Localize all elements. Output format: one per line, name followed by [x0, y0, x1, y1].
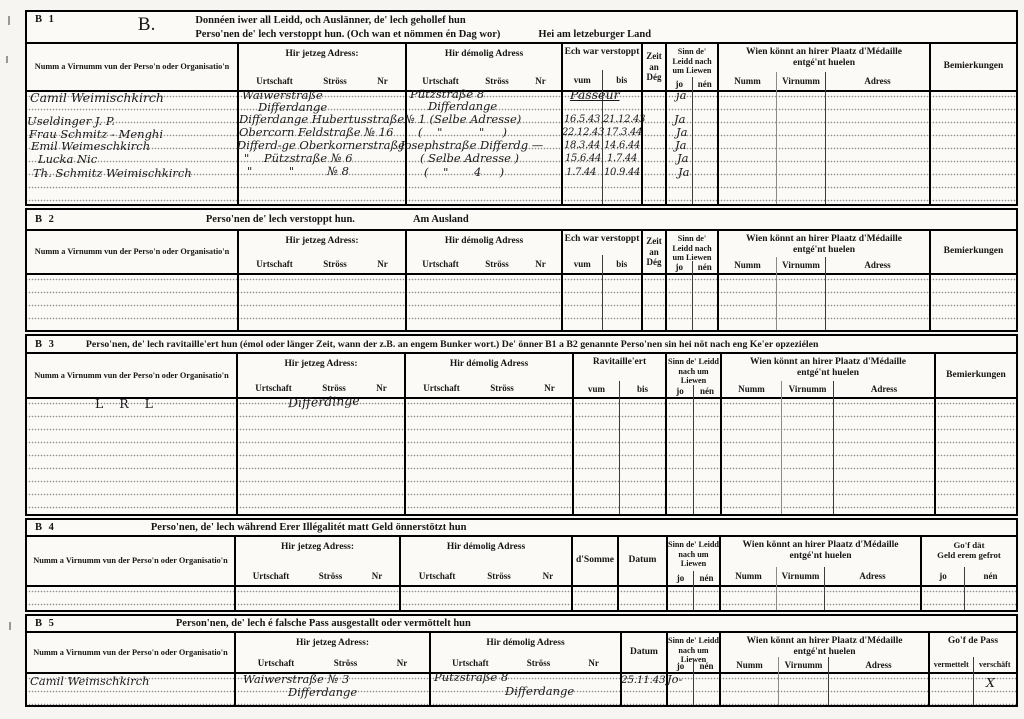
jo-body [668, 587, 693, 610]
jo-body [667, 92, 692, 204]
virnumm-label: Virnumm [779, 657, 828, 674]
gof-pass-label: Go'f de Pass [930, 633, 1016, 657]
sinn-label: Sinn de' Leidd nach um Liewen [668, 537, 719, 571]
col-name-header: Numm a Virnumm vun der Perso'n oder Orga… [27, 354, 236, 399]
numm-label: Numm [722, 381, 781, 399]
verstoppt-label: Ech war verstoppt [563, 231, 641, 255]
urtschaft-label: Urtschaft [256, 76, 293, 87]
demolig-label: Hir démolig Adress [403, 542, 569, 553]
section-b2: B 2 Perso'nen de' lech verstoppt hun. Am… [25, 208, 1018, 332]
section-b5-table: Numm a Virnumm vun der Perso'n oder Orga… [27, 633, 1016, 705]
col-medaille: Wien könnt an hirer Plaatz d'Médaille en… [722, 354, 936, 514]
col-name-header: Numm a Virnumm vun der Perso'n oder Orga… [27, 633, 234, 674]
col-demolig-header: Hir démolig Adress Urtschaft Ströss Nr [401, 537, 571, 587]
col-demolig-adress: Hir démolig Adress Urtschaft Ströss Nr [401, 537, 573, 610]
stross-label: Ströss [485, 76, 509, 87]
col-demolig-body [401, 587, 571, 610]
verschaft-label: verschäft [974, 657, 1017, 674]
jo-body [922, 587, 964, 610]
numm-body [721, 587, 776, 610]
sinn-label: Sinn de' Leidd nach um Liewen [667, 354, 720, 385]
title-right: Am Ausland [413, 214, 469, 225]
stross-label: Ströss [527, 658, 551, 669]
col-name-header: Numm a Virnumm vun der Perso'n oder Orga… [27, 231, 237, 275]
nr-label: Nr [397, 658, 408, 669]
virnumm-body [777, 275, 825, 330]
nr-label: Nr [544, 383, 555, 394]
demolig-label: Hir démolig Adress [409, 49, 559, 60]
demolig-label: Hir démolig Adress [409, 236, 559, 247]
medaille-label-2: entgé'nt huelen [793, 58, 855, 69]
section-b1-table: Numm a Virnumm vun der Perso'n oder Orga… [27, 44, 1016, 204]
medaille-label-1: Wien könnt an hirer Plaatz d'Médaille [743, 540, 899, 551]
section-letter: B. [138, 15, 155, 34]
virnumm-label: Virnumm [777, 257, 825, 275]
col-name-body [27, 92, 237, 204]
nen-body [694, 399, 720, 514]
adress-body [834, 399, 934, 514]
vum-body [574, 399, 619, 514]
nr-label: Nr [588, 658, 599, 669]
col-jetzeg-adress: Hir jetzeg Adress: Urtschaft Ströss Nr [239, 44, 407, 204]
virnumm-label: Virnumm [777, 72, 825, 92]
datum-body [619, 587, 666, 610]
urtschaft-label: Urtschaft [422, 259, 459, 270]
bemierkungen-label: Bemierkungen [931, 231, 1016, 275]
col-sinn-liewen: Sinn de' Leidd nach um Liewen jo nén [667, 354, 722, 514]
section-code: B 4 [35, 522, 56, 533]
bis-body [620, 399, 665, 514]
col-bemierkungen: Bemierkungen [931, 44, 1016, 204]
section-b1: B 1 B. Donnéen iwer all Leidd, och Auslä… [25, 10, 1018, 206]
col-sinn-liewen: Sinn de' Leidd nach um Liewen jo nén [667, 231, 719, 330]
title-right: Hei am letzeburger Land [538, 28, 651, 42]
urtschaft-label: Urtschaft [452, 658, 489, 669]
col-name-body [27, 587, 234, 610]
numm-body [719, 275, 776, 330]
urtschaft-label: Urtschaft [419, 571, 456, 582]
col-name-body [27, 275, 237, 330]
gof-geld-label-1: Go'f dät [953, 540, 984, 550]
jo-body [668, 674, 693, 705]
somme-body [573, 587, 617, 610]
somme-label: d'Somme [573, 537, 617, 587]
jo-body [667, 275, 692, 330]
zeit-label: Zeit an Dég [643, 231, 665, 275]
col-medaille: Wien könnt an hirer Plaatz d'Médaille en… [719, 231, 931, 330]
adress-body [825, 587, 920, 610]
section-b1-title-bar: B 1 B. Donnéen iwer all Leidd, och Auslä… [27, 12, 1016, 44]
bis-body [603, 92, 642, 204]
section-code: B 5 [35, 618, 56, 629]
vum-body [563, 92, 602, 204]
title-line-2: Perso'nen de' lech verstoppt hun. (Och w… [195, 28, 500, 42]
adress-body [826, 275, 929, 330]
col-jetzeg-adress: Hir jetzeg Adress: Urtschaft Ströss Nr [238, 354, 406, 514]
demolig-label: Hir démolig Adress [433, 638, 618, 649]
col-sinn-liewen: Sinn de' Leidd nach um Liewen jo nén [668, 537, 721, 610]
urtschaft-label: Urtschaft [423, 383, 460, 394]
col-zeit: Zeit an Dég [643, 231, 667, 330]
col-name: Numm a Virnumm vun der Perso'n oder Orga… [27, 231, 239, 330]
adress-label: Adress [825, 567, 920, 587]
adress-body [826, 92, 929, 204]
vum-label: vum [574, 381, 619, 399]
col-ravitailleert: Ravitaille'ert vum bis [574, 354, 667, 514]
col-jetzeg-adress: Hir jetzeg Adress: Urtschaft Ströss Nr [236, 537, 401, 610]
bemierkungen-label: Bemierkungen [931, 44, 1016, 92]
virnumm-body [777, 92, 825, 204]
nen-body [965, 587, 1016, 610]
col-name: Numm a Virnumm vun der Perso'n oder Orga… [27, 633, 236, 705]
col-jetzeg-body [239, 92, 405, 204]
medaille-label-1: Wien könnt an hirer Plaatz d'Médaille [750, 357, 906, 368]
title-line-1: Donnéen iwer all Leidd, och Auslänner, d… [195, 14, 651, 28]
col-demolig-adress: Hir démolig Adress Urtschaft Ströss Nr [406, 354, 574, 514]
jetzeg-label: Hir jetzeg Adress: [238, 638, 427, 649]
col-jetzeg-body [236, 587, 399, 610]
numm-label: Numm [719, 72, 776, 92]
col-demolig-body [431, 674, 620, 705]
section-title: Perso'nen de' lech verstoppt hun. [206, 214, 355, 225]
medaille-label-1: Wien könnt an hirer Plaatz d'Médaille [747, 636, 903, 647]
nen-label: nén [693, 261, 718, 275]
virnumm-body [782, 399, 833, 514]
col-demolig-body [407, 275, 561, 330]
stross-label: Ströss [490, 383, 514, 394]
col-bemierkungen: Bemierkungen [936, 354, 1016, 514]
nr-label: Nr [372, 571, 383, 582]
section-b5-title-bar: B 5 Person'nen, de' lech é falsche Pass … [27, 616, 1016, 633]
jo-label: jo [668, 660, 693, 674]
nen-body [694, 674, 719, 705]
col-name-header: Numm a Virnumm vun der Perso'n oder Orga… [27, 537, 234, 587]
sinn-label: Sinn de' Leidd nach um Liewen [668, 633, 719, 660]
col-name-header: Numm a Virnumm vun der Perso'n oder Orga… [27, 44, 237, 92]
vum-body [563, 275, 602, 330]
col-jetzeg-header: Hir jetzeg Adress: Urtschaft Ströss Nr [239, 44, 405, 92]
sinn-label: Sinn de' Leidd nach um Liewen [667, 44, 717, 77]
adress-label: Adress [826, 72, 929, 92]
verschaft-body [974, 674, 1017, 705]
urtschaft-label: Urtschaft [256, 259, 293, 270]
col-gof-geld: Go'f dät Geld erem gefrot jo nén [922, 537, 1016, 610]
urtschaft-label: Urtschaft [253, 571, 290, 582]
sinn-label: Sinn de' Leidd nach um Liewen [667, 231, 717, 261]
urtschaft-label: Urtschaft [258, 658, 295, 669]
adress-label: Adress [834, 381, 934, 399]
stross-label: Ströss [323, 259, 347, 270]
nr-label: Nr [535, 259, 546, 270]
section-title: Person'nen, de' lech é falsche Pass ausg… [176, 618, 471, 629]
medaille-label-1: Wien könnt an hirer Plaatz d'Médaille [746, 234, 902, 245]
jetzeg-label: Hir jetzeg Adress: [241, 236, 403, 247]
col-sinn-liewen: Sinn de' Leidd nach um Liewen jo nén [668, 633, 721, 705]
urtschaft-label: Urtschaft [422, 76, 459, 87]
stross-label: Ströss [487, 571, 511, 582]
jetzeg-label: Hir jetzeg Adress: [241, 49, 403, 60]
nr-label: Nr [543, 571, 554, 582]
col-name-body [27, 399, 236, 514]
stross-label: Ströss [334, 658, 358, 669]
col-demolig-body [407, 92, 561, 204]
medaille-label: Wien könnt an hirer Plaatz d'Médaille en… [719, 231, 929, 257]
bemierkungen-body [936, 399, 1016, 514]
bemierkungen-body [931, 92, 1016, 204]
col-verstoppt: Ech war verstoppt vum bis [563, 44, 643, 204]
virnumm-body [777, 587, 824, 610]
section-code: B 3 [35, 339, 56, 350]
medaille-label: Wien könnt an hirer Plaatz d'Médaille en… [721, 537, 920, 567]
demolig-label: Hir démolig Adress [408, 359, 570, 370]
col-jetzeg-header: Hir jetzeg Adress: Urtschaft Ströss Nr [236, 537, 399, 587]
adress-label: Adress [826, 257, 929, 275]
section-b3-table: Numm a Virnumm vun der Perso'n oder Orga… [27, 354, 1016, 514]
col-demolig-header: Hir démolig Adress Urtschaft Ströss Nr [406, 354, 572, 399]
vermettelt-label: vermettelt [930, 657, 973, 674]
nen-label: nén [694, 385, 720, 399]
col-medaille: Wien könnt an hirer Plaatz d'Médaille en… [721, 537, 922, 610]
medaille-label-2: entgé'nt huelen [797, 368, 859, 379]
vum-label: vum [563, 255, 602, 275]
col-gof-pass: Go'f de Pass vermettelt verschäft [930, 633, 1016, 705]
zeit-body [643, 275, 665, 330]
medaille-label: Wien könnt an hirer Plaatz d'Médaille en… [722, 354, 934, 381]
nen-body [693, 275, 718, 330]
bis-label: bis [603, 255, 642, 275]
vum-label: vum [563, 70, 602, 92]
jo-label: jo [667, 385, 693, 399]
scan-artifact [9, 622, 11, 630]
scan-artifact [6, 56, 8, 63]
medaille-label-1: Wien könnt an hirer Plaatz d'Médaille [746, 47, 902, 58]
col-jetzeg-header: Hir jetzeg Adress: Urtschaft Ströss Nr [238, 354, 404, 399]
nen-label: nén [693, 77, 718, 92]
col-demolig-header: Hir démolig Adress Urtschaft Ströss Nr [407, 44, 561, 92]
col-zeit: Zeit an Dég [643, 44, 667, 204]
col-medaille: Wien könnt an hirer Plaatz d'Médaille en… [721, 633, 930, 705]
bis-label: bis [620, 381, 665, 399]
section-title: Perso'nen, de' lech während Erer Illégal… [151, 522, 467, 533]
section-b2-table: Numm a Virnumm vun der Perso'n oder Orga… [27, 231, 1016, 330]
col-jetzeg-body [236, 674, 429, 705]
bis-label: bis [603, 70, 642, 92]
nen-body [693, 92, 718, 204]
zeit-label: Zeit an Dég [643, 44, 665, 92]
col-jetzeg-body [238, 399, 404, 514]
nr-label: Nr [377, 259, 388, 270]
section-b4: B 4 Perso'nen, de' lech während Erer Ill… [25, 518, 1018, 612]
col-demolig-adress: Hir démolig Adress Urtschaft Ströss Nr [431, 633, 622, 705]
numm-label: Numm [721, 567, 776, 587]
col-demolig-body [406, 399, 572, 514]
section-code: B 1 [35, 14, 56, 25]
adress-label: Adress [829, 657, 928, 674]
adress-body [829, 674, 928, 705]
stross-label: Ströss [485, 259, 509, 270]
numm-body [719, 92, 776, 204]
jetzeg-label: Hir jetzeg Adress: [238, 542, 397, 553]
col-jetzeg-header: Hir jetzeg Adress: Urtschaft Ströss Nr [239, 231, 405, 275]
col-jetzeg-body [239, 275, 405, 330]
col-jetzeg-adress: Hir jetzeg Adress: Urtschaft Ströss Nr [239, 231, 407, 330]
jo-label: jo [667, 261, 692, 275]
jo-label: jo [922, 567, 964, 587]
bemierkungen-body [931, 275, 1016, 330]
col-name: Numm a Virnumm vun der Perso'n oder Orga… [27, 537, 236, 610]
gof-geld-label: Go'f dät Geld erem gefrot [922, 537, 1016, 567]
virnumm-body [779, 674, 828, 705]
jetzeg-label: Hir jetzeg Adress: [240, 359, 402, 370]
section-b4-table: Numm a Virnumm vun der Perso'n oder Orga… [27, 537, 1016, 610]
virnumm-label: Virnumm [777, 567, 824, 587]
zeit-body [643, 92, 665, 204]
nen-body [694, 587, 719, 610]
jo-body [667, 399, 693, 514]
col-bemierkungen: Bemierkungen [931, 231, 1016, 330]
stross-label: Ströss [323, 76, 347, 87]
urtschaft-label: Urtschaft [255, 383, 292, 394]
numm-label: Numm [719, 257, 776, 275]
medaille-label: Wien könnt an hirer Plaatz d'Médaille en… [719, 44, 929, 72]
col-datum: Datum [619, 537, 668, 610]
col-somme: d'Somme [573, 537, 619, 610]
col-demolig-adress: Hir démolig Adress Urtschaft Ströss Nr [407, 231, 563, 330]
numm-body [721, 674, 778, 705]
col-demolig-header: Hir démolig Adress Urtschaft Ströss Nr [431, 633, 620, 674]
col-jetzeg-header: Hir jetzeg Adress: Urtschaft Ströss Nr [236, 633, 429, 674]
datum-body [622, 674, 666, 705]
nen-label: nén [694, 571, 719, 587]
col-demolig-adress: Hir démolig Adress Urtschaft Ströss Nr [407, 44, 563, 204]
bis-body [603, 275, 642, 330]
nr-label: Nr [535, 76, 546, 87]
col-jetzeg-adress: Hir jetzeg Adress: Urtschaft Ströss Nr [236, 633, 431, 705]
medaille-label-2: entgé'nt huelen [793, 245, 855, 256]
nen-label: nén [694, 660, 719, 674]
nen-label: nén [965, 567, 1016, 587]
col-name: Numm a Virnumm vun der Perso'n oder Orga… [27, 44, 239, 204]
section-b4-title-bar: B 4 Perso'nen, de' lech während Erer Ill… [27, 520, 1016, 537]
nr-label: Nr [377, 76, 388, 87]
numm-body [722, 399, 781, 514]
section-code: B 2 [35, 214, 56, 225]
verstoppt-label: Ech war verstoppt [563, 44, 641, 70]
section-b3-title-bar: B 3 Perso'nen, de' lech ravitaille'ert h… [27, 336, 1016, 354]
stross-label: Ströss [322, 383, 346, 394]
section-title: Perso'nen, de' lech ravitaille'ert hun (… [86, 339, 819, 350]
section-title: Donnéen iwer all Leidd, och Auslänner, d… [195, 14, 651, 41]
col-verstoppt: Ech war verstoppt vum bis [563, 231, 643, 330]
col-name: Numm a Virnumm vun der Perso'n oder Orga… [27, 354, 238, 514]
nr-label: Nr [376, 383, 387, 394]
scanned-form-page: { "labels": { "name_col": "Numm a Virnum… [0, 0, 1024, 719]
section-b3: B 3 Perso'nen, de' lech ravitaille'ert h… [25, 334, 1018, 516]
vermettelt-body [930, 674, 973, 705]
medaille-label: Wien könnt an hirer Plaatz d'Médaille en… [721, 633, 928, 657]
col-demolig-header: Hir démolig Adress Urtschaft Ströss Nr [407, 231, 561, 275]
medaille-label-2: entgé'nt huelen [789, 551, 851, 562]
section-b5: B 5 Person'nen, de' lech é falsche Pass … [25, 614, 1018, 707]
jo-label: jo [668, 571, 693, 587]
col-name-body [27, 674, 234, 705]
scan-artifact [8, 16, 10, 25]
stross-label: Ströss [319, 571, 343, 582]
datum-label: Datum [619, 537, 666, 587]
col-sinn-liewen: Sinn de' Leidd nach um Liewen jo nén [667, 44, 719, 204]
col-medaille: Wien könnt an hirer Plaatz d'Médaille en… [719, 44, 931, 204]
virnumm-label: Virnumm [782, 381, 833, 399]
bemierkungen-label: Bemierkungen [936, 354, 1016, 399]
gof-geld-label-2: Geld erem gefrot [937, 550, 1001, 560]
datum-label: Datum [622, 633, 666, 674]
col-datum: Datum [622, 633, 668, 705]
jo-label: jo [667, 77, 692, 92]
ravitailleert-label: Ravitaille'ert [574, 354, 665, 381]
section-b2-title-bar: B 2 Perso'nen de' lech verstoppt hun. Am… [27, 210, 1016, 231]
numm-label: Numm [721, 657, 778, 674]
